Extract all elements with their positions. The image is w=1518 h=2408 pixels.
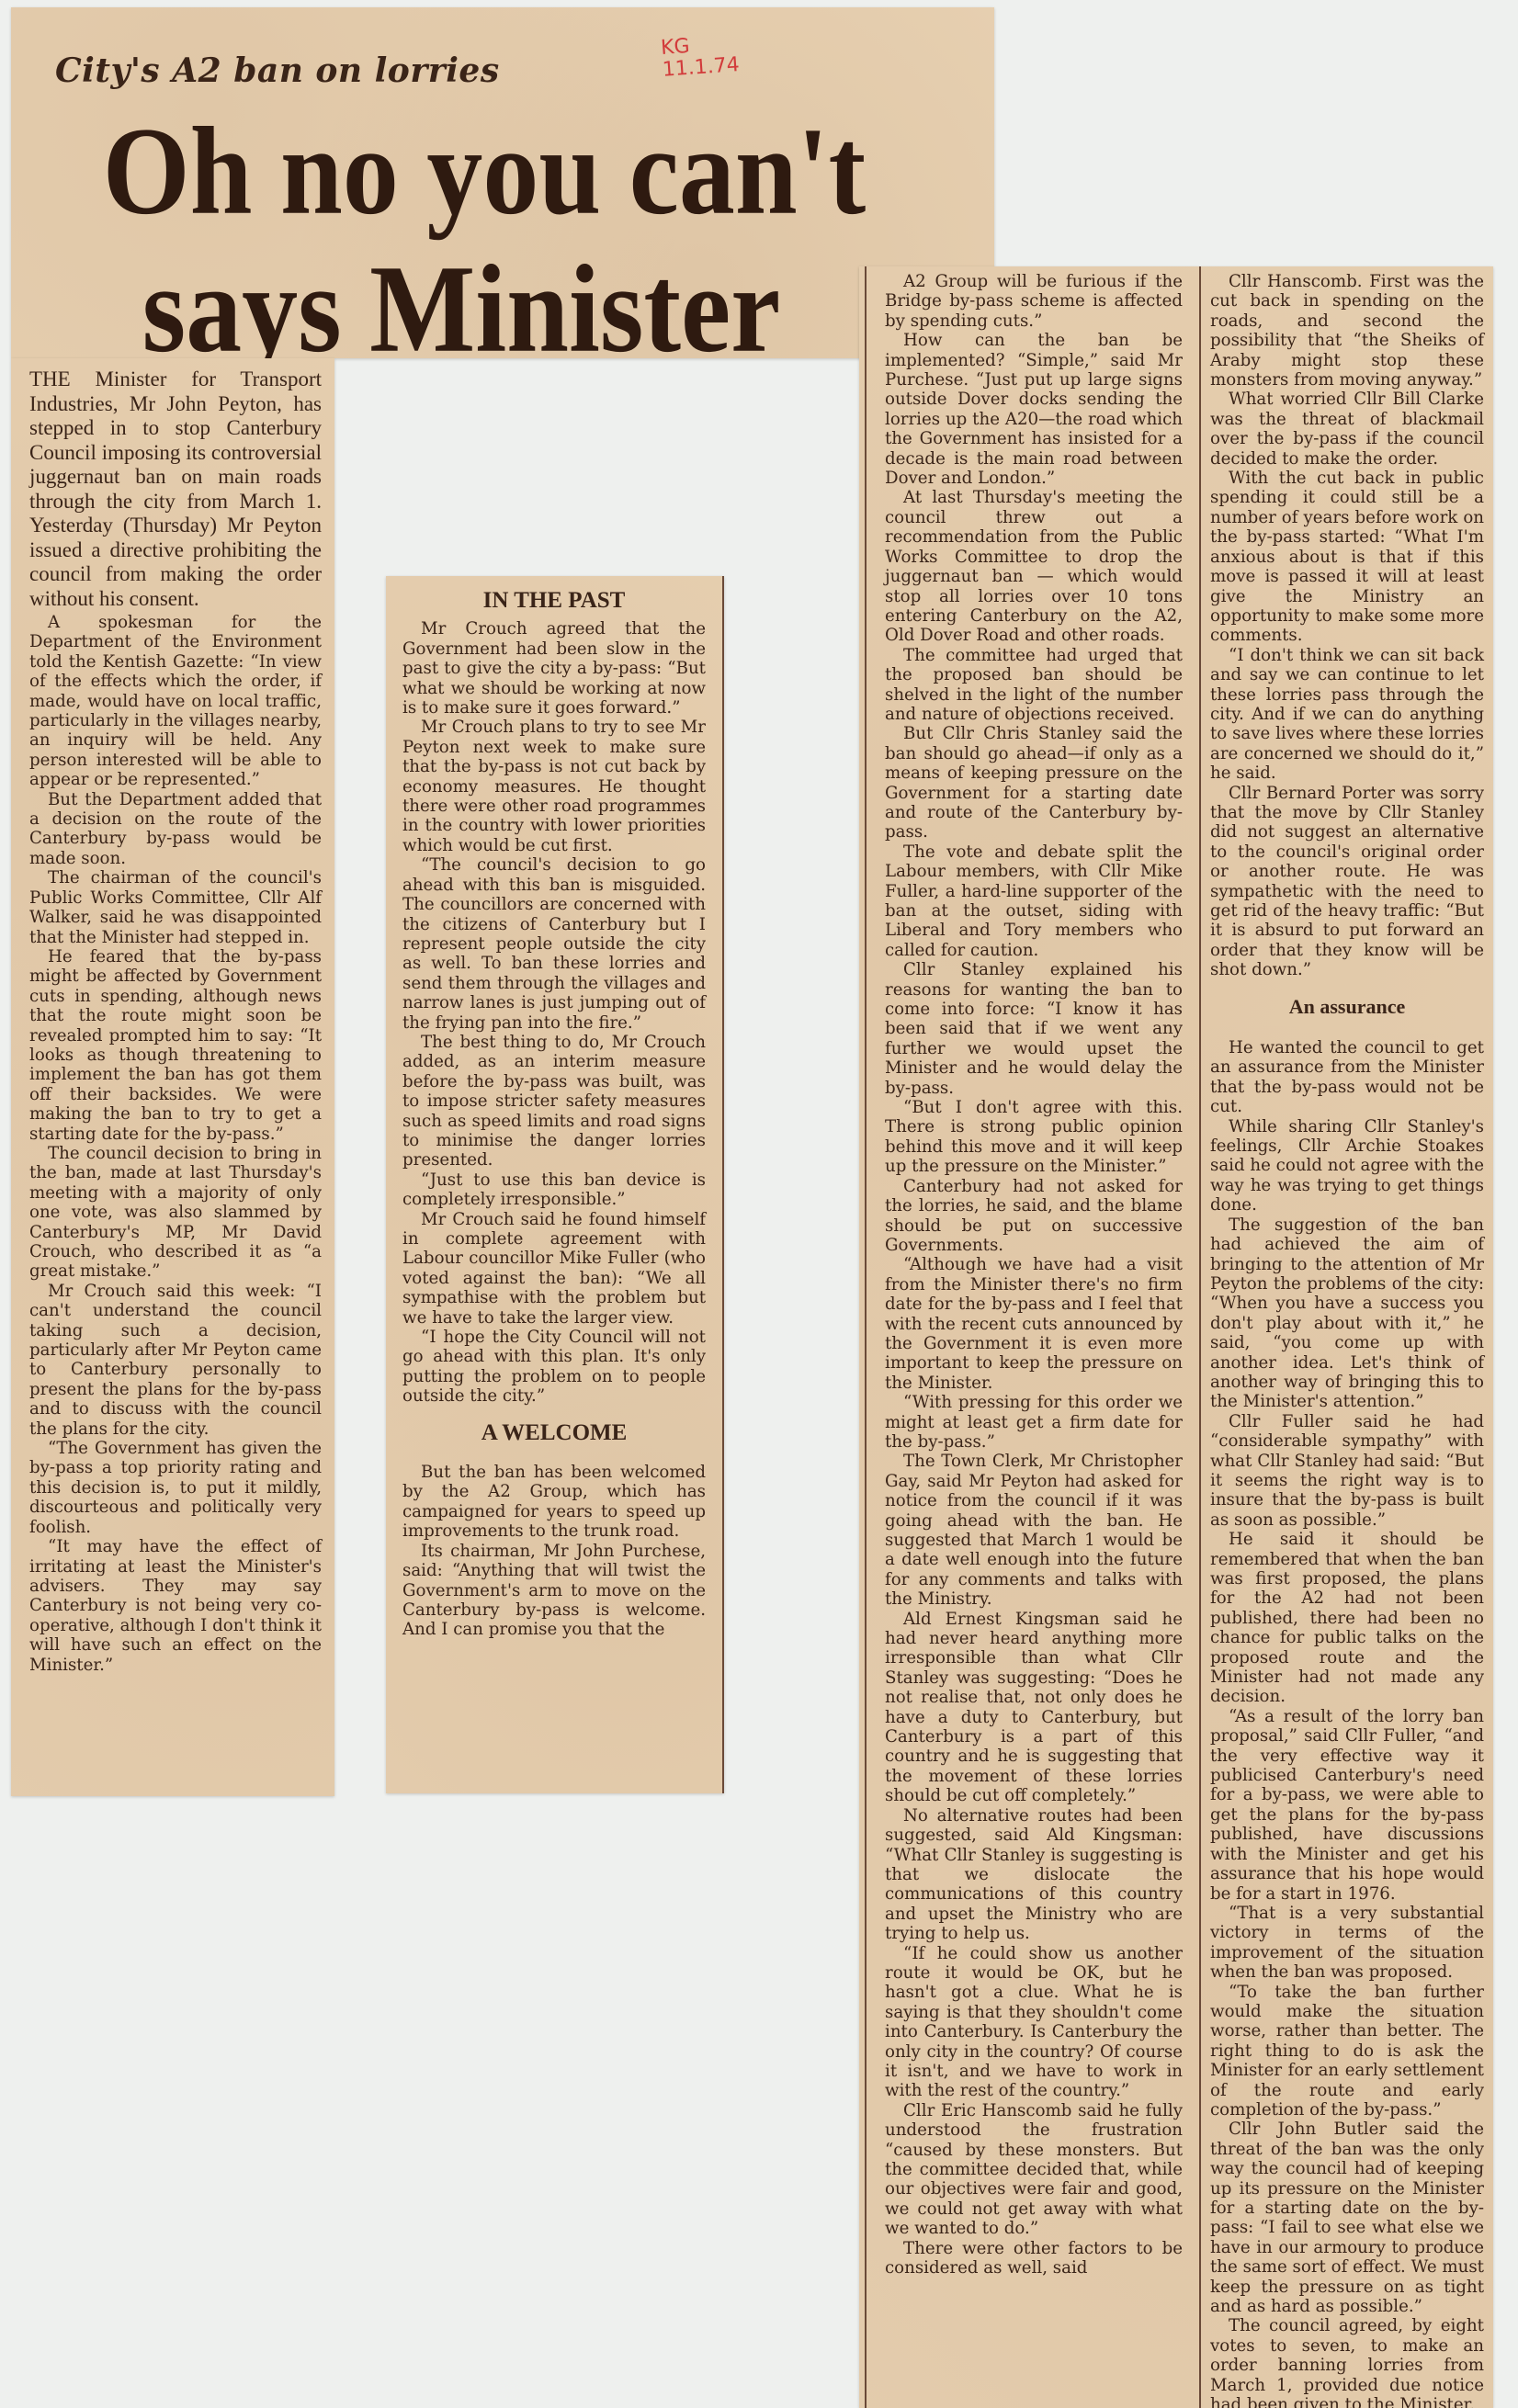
article-paragraph: Cllr Hanscomb. First was the cut back in… [1210,272,1484,390]
subhead-an-assurance: An assurance [1210,997,1484,1016]
article-paragraph: How can the ban be implemented? “Simple,… [885,331,1183,488]
article-paragraph: “As a result of the lorry ban proposal,”… [1210,1707,1484,1904]
article-paragraph: He said it should be remembered that whe… [1210,1530,1484,1707]
article-paragraph: There were other factors to be considere… [885,2239,1183,2278]
article-paragraph: The council decision to bring in the ban… [29,1144,322,1282]
article-paragraph: “Although we have had a visit from the M… [885,1255,1183,1393]
headline-line-1: Oh no you can't [0,109,994,235]
columns-3-4-clipping: A2 Group will be furious if the Bridge b… [859,266,1493,2408]
column-rule [1199,266,1201,2408]
note-date: 11.1.74 [662,54,740,82]
headline-line-2: says Minister [0,247,994,373]
article-paragraph: Cllr Stanley explained his reasons for w… [885,960,1183,1098]
kicker: City's A2 ban on lorries [55,51,500,90]
subhead-in-the-past: IN THE PAST [402,591,706,610]
article-paragraph: “I don't think we can sit back and say w… [1210,646,1484,784]
column-3-text: A2 Group will be furious if the Bridge b… [885,272,1183,2278]
article-paragraph: Mr Crouch said this week: “I can't under… [29,1282,322,1439]
article-paragraph: While sharing Cllr Stanley's feelings, C… [1210,1117,1484,1215]
article-paragraph: He feared that the by-pass might be affe… [29,947,322,1144]
headline-clipping: City's A2 ban on lorries KG 11.1.74 Oh n… [11,7,994,358]
article-paragraph: “It may have the effect of irritating at… [29,1537,322,1675]
article-paragraph: “With pressing for this order we might a… [885,1393,1183,1452]
article-paragraph: The suggestion of the ban had achieved t… [1210,1215,1484,1412]
article-paragraph: But Cllr Chris Stanley said the ban shou… [885,724,1183,842]
article-paragraph: “If he could show us another route it wo… [885,1944,1183,2101]
column-2-clipping: IN THE PAST Mr Crouch agreed that the Go… [386,576,724,1793]
article-paragraph: Cllr Bernard Porter was sorry that the m… [1210,784,1484,980]
article-paragraph: Cllr John Butler said the threat of the … [1210,2120,1484,2316]
article-paragraph: Its chairman, Mr John Purchese, said: “A… [402,1542,706,1640]
article-paragraph: At last Thursday's meeting the council t… [885,488,1183,645]
column-1-clipping: THE Minister for Transport Industries, M… [11,358,334,1796]
article-paragraph: The council agreed, by eight votes to se… [1210,2316,1484,2408]
article-paragraph: A spokesman for the Department of the En… [29,613,322,790]
article-paragraph: He wanted the council to get an assuranc… [1210,1038,1484,1117]
article-paragraph: Mr Crouch plans to try to see Mr Peyton … [402,718,706,855]
handwritten-note: KG 11.1.74 [660,32,740,82]
article-paragraph: “The council's decision to go ahead with… [402,855,706,1033]
article-paragraph: Ald Ernest Kingsman said he had never he… [885,1610,1183,1806]
article-paragraph: The Town Clerk, Mr Christopher Gay, said… [885,1452,1183,1609]
article-paragraph: Cllr Fuller said he had “considerable sy… [1210,1412,1484,1530]
article-paragraph: But the Department added that a decision… [29,790,322,869]
article-paragraph: Cllr Eric Hanscomb said he fully underst… [885,2101,1183,2239]
article-paragraph: “To take the ban further would make the … [1210,1983,1484,2120]
column-4-text: Cllr Hanscomb. First was the cut back in… [1210,272,1484,2408]
article-paragraph: With the cut back in public spending it … [1210,469,1484,646]
article-paragraph: Canterbury had not asked for the lorries… [885,1177,1183,1256]
article-paragraph: What worried Cllr Bill Clarke was the th… [1210,390,1484,469]
article-paragraph: “But I don't agree with this. There is s… [885,1098,1183,1177]
article-paragraph: But the ban has been welcomed by the A2 … [402,1463,706,1542]
article-paragraph: “The Government has given the by-pass a … [29,1439,322,1537]
article-paragraph: No alternative routes had been suggested… [885,1806,1183,1944]
article-paragraph: “I hope the City Council will not go ahe… [402,1328,706,1407]
article-paragraph: The best thing to do, Mr Crouch added, a… [402,1033,706,1170]
article-paragraph: The vote and debate split the Labour mem… [885,842,1183,960]
in-the-past-body: Mr Crouch agreed that the Government had… [402,619,706,1406]
article-paragraph: Mr Crouch said he found himself in compl… [402,1210,706,1328]
a-welcome-body: But the ban has been welcomed by the A2 … [402,1463,706,1640]
article-paragraph: The chairman of the council's Public Wor… [29,868,322,947]
subhead-a-welcome: A WELCOME [402,1423,706,1442]
column-4-body-1: Cllr Hanscomb. First was the cut back in… [1210,272,1484,980]
article-paragraph: “Just to use this ban device is complete… [402,1170,706,1210]
article-paragraph: The committee had urged that the propose… [885,646,1183,725]
column-1-text: THE Minister for Transport Industries, M… [29,367,322,1675]
article-paragraph: Mr Crouch agreed that the Government had… [402,619,706,718]
column-2-text: IN THE PAST Mr Crouch agreed that the Go… [402,587,706,1640]
article-paragraph: A2 Group will be furious if the Bridge b… [885,272,1183,331]
column-4-body-2: He wanted the council to get an assuranc… [1210,1038,1484,2408]
column-rule [865,266,867,2408]
article-paragraph: THE Minister for Transport Industries, M… [29,367,322,611]
article-paragraph: “That is a very substantial victory in t… [1210,1904,1484,1983]
